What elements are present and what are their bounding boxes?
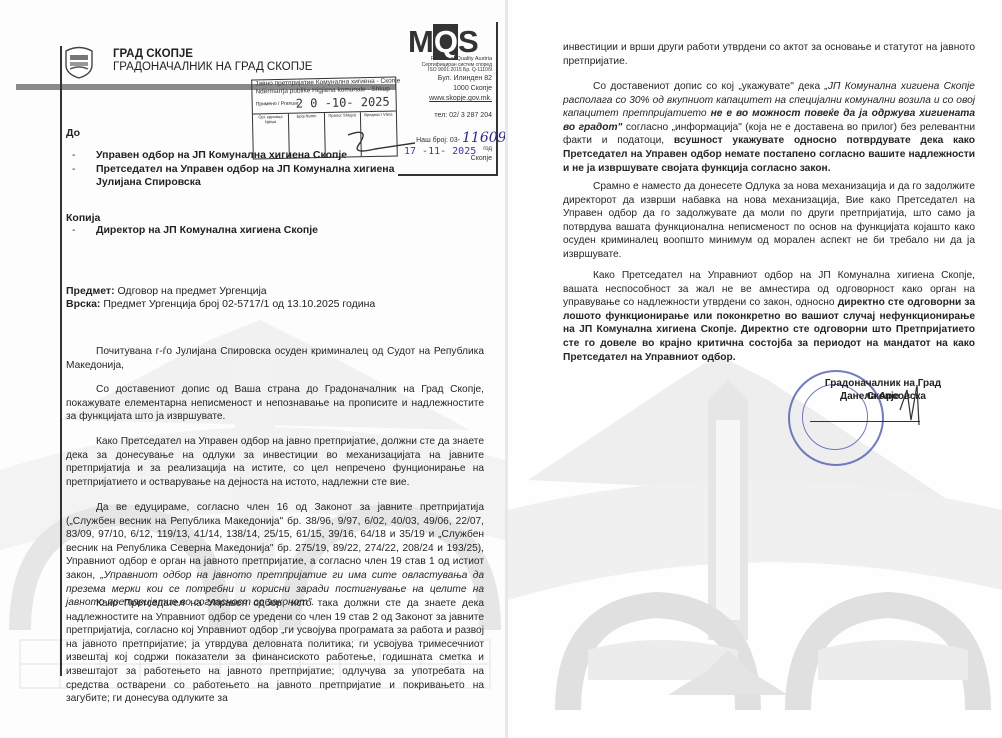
website-link[interactable]: www.skopje.gov.mk. xyxy=(410,94,492,104)
body-paragraph: Со доставениот допис од Ваша страна до Г… xyxy=(66,383,484,424)
sender-city: ГРАД СКОПЈЕ xyxy=(113,48,193,60)
stamp-date: 2 0 -10- 2025 xyxy=(296,95,390,111)
subject-line: Предмет: Одговор на предмет Ургенција xyxy=(66,284,267,298)
salutation-paragraph: Почитувана г-ѓо Јулијана Спировска осуде… xyxy=(66,345,484,372)
continued-paragraph: инвестиции и врши други работи утврдени … xyxy=(563,41,975,68)
copy-recipient-item: -Директор на ЈП Комунална хигиена Скопје xyxy=(96,224,396,237)
year-label: год xyxy=(472,144,492,154)
skopje-crest-icon xyxy=(64,45,94,79)
address-street: Бул. Илинден 82 xyxy=(410,74,492,84)
reference-line: Врска: Предмет Ургенција број 02-5717/1 … xyxy=(66,297,375,311)
mqs-cert-2: ISO 9001:2015 Бр. Q-1110/9 xyxy=(404,67,492,73)
body-paragraph-quote: Со доставениот допис со кој „укажувате" … xyxy=(563,80,975,175)
recipient-item: -Претседател на Управен одбор на ЈП Кому… xyxy=(96,163,396,189)
stamp-received-label: Примено / Pranuar xyxy=(253,101,299,108)
letter-page-2: инвестиции и врши други работи утврдени … xyxy=(508,0,1002,738)
body-paragraph: Како Претседател на Управен одбор на јав… xyxy=(66,435,484,489)
place-label: Скопје xyxy=(410,154,492,164)
sender-office: ГРАДОНАЧАЛНИК НА ГРАД СКОПЈЕ xyxy=(113,61,312,73)
received-stamp: Јавно претпријатие Комунална хигиена - С… xyxy=(251,76,398,159)
body-paragraph: Срамно е наместо да донесете Одлука за н… xyxy=(563,180,975,262)
body-paragraph: Како Претседател на Управен одбор, исто … xyxy=(66,597,484,706)
recipient-item: -Управен одбор на ЈП Комунална хигиена С… xyxy=(96,149,386,162)
signature-line xyxy=(810,421,920,422)
margin-rule xyxy=(60,46,62,676)
to-label: До xyxy=(66,126,80,140)
address-city: 1000 Скопје xyxy=(410,84,492,94)
letter-page-1: ГРАД СКОПЈЕ ГРАДОНАЧАЛНИК НА ГРАД СКОПЈЕ… xyxy=(0,0,506,738)
phone-number: тел: 02/ 3 287 204 xyxy=(410,111,492,121)
copy-label: Копија xyxy=(66,211,100,225)
body-paragraph-conclusion: Како Претседател на Управниот одбор на Ј… xyxy=(563,269,975,364)
our-number-label: Наш број: 03- xyxy=(404,136,460,146)
signatory-name: Данела Арсовска xyxy=(808,390,958,403)
mqs-logo: MQS xyxy=(408,24,478,60)
body-paragraph-law: Да ве едуцираме, согласно член 16 од Зак… xyxy=(66,501,484,610)
